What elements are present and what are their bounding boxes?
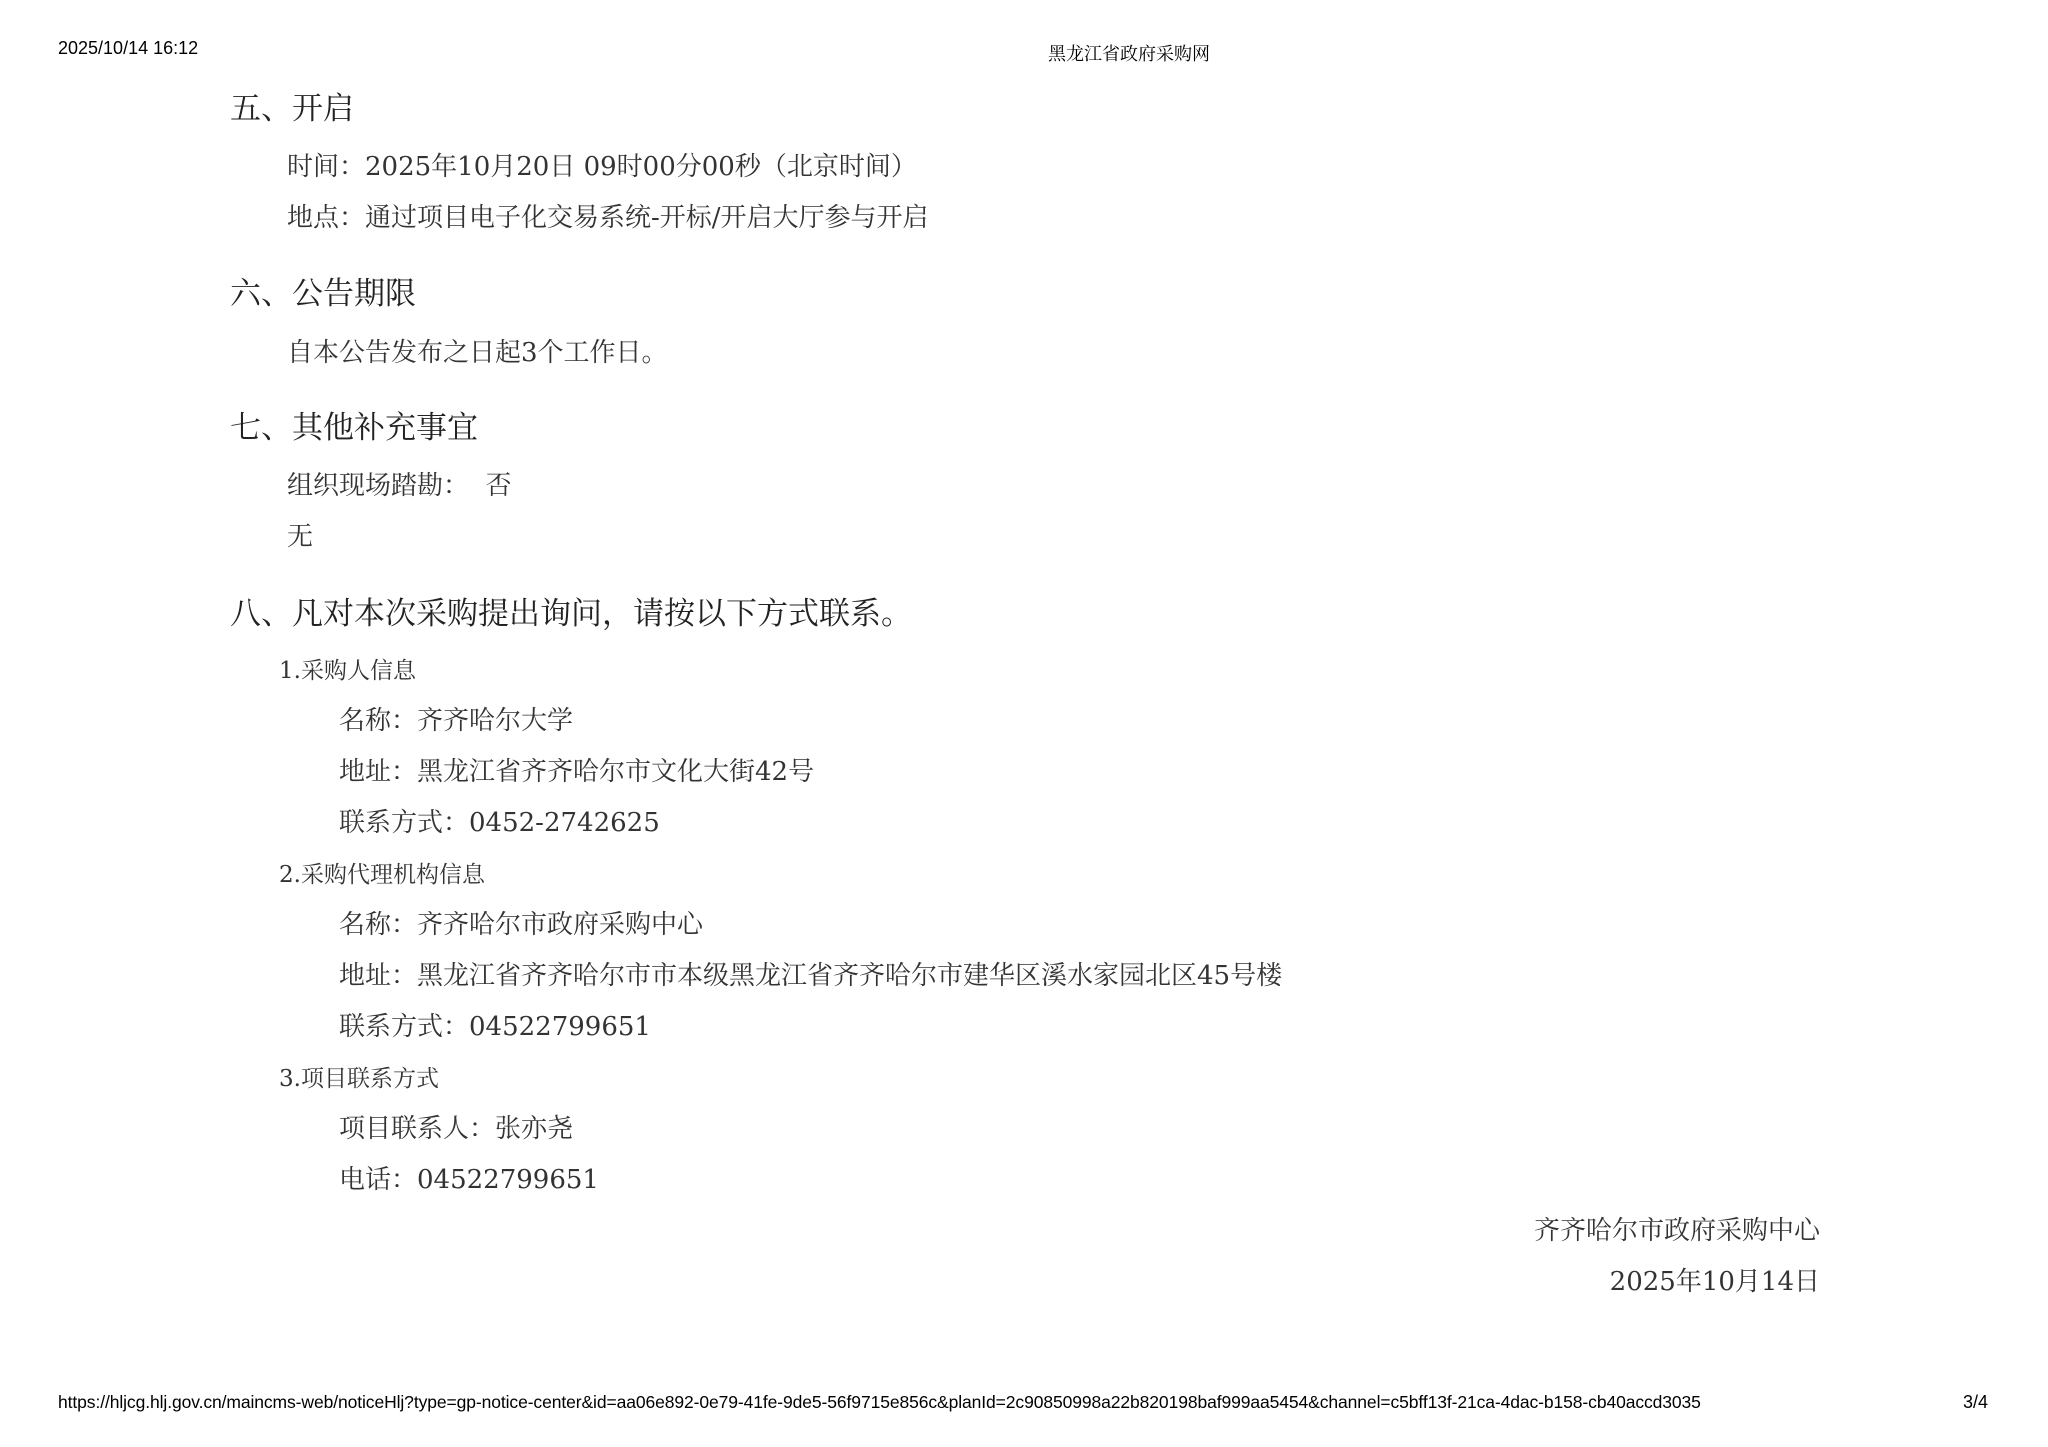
agency-name: 名称：齐齐哈尔市政府采购中心 <box>339 904 703 941</box>
announcement-period: 自本公告发布之日起3个工作日。 <box>287 332 668 369</box>
other-matters: 无 <box>287 516 313 553</box>
purchaser-heading: 1.采购人信息 <box>279 652 416 685</box>
agency-address: 地址：黑龙江省齐齐哈尔市市本级黑龙江省齐齐哈尔市建华区溪水家园北区45号楼 <box>339 955 1282 992</box>
purchaser-name: 名称：齐齐哈尔大学 <box>339 700 573 737</box>
print-page-number: 3/4 <box>1963 1392 1988 1413</box>
agency-contact: 联系方式：04522799651 <box>339 1006 651 1043</box>
signature-org: 齐齐哈尔市政府采购中心 <box>1534 1210 1820 1247</box>
opening-time: 时间：2025年10月20日 09时00分00秒（北京时间） <box>287 146 917 183</box>
section-8-title: 八、凡对本次采购提出询问，请按以下方式联系。 <box>230 588 912 633</box>
print-footer-url[interactable]: https://hljcg.hlj.gov.cn/maincms-web/not… <box>58 1392 1701 1413</box>
print-site-title: 黑龙江省政府采购网 <box>1048 40 1210 66</box>
section-6-title: 六、公告期限 <box>230 268 416 313</box>
project-contact-phone: 电话：04522799651 <box>339 1159 599 1196</box>
agency-heading: 2.采购代理机构信息 <box>279 856 485 889</box>
project-contact-heading: 3.项目联系方式 <box>279 1060 439 1093</box>
print-datetime: 2025/10/14 16:12 <box>58 38 198 59</box>
purchaser-contact: 联系方式：0452-2742625 <box>339 802 660 839</box>
section-5-title: 五、开启 <box>230 83 354 128</box>
project-contact-person: 项目联系人：张亦尧 <box>339 1108 573 1145</box>
purchaser-address: 地址：黑龙江省齐齐哈尔市文化大街42号 <box>339 751 814 788</box>
signature-date: 2025年10月14日 <box>1610 1261 1820 1298</box>
section-7-title: 七、其他补充事宜 <box>230 402 478 447</box>
opening-place: 地点：通过项目电子化交易系统-开标/开启大厅参与开启 <box>287 197 929 234</box>
site-visit: 组织现场踏勘： 否 <box>287 465 512 502</box>
